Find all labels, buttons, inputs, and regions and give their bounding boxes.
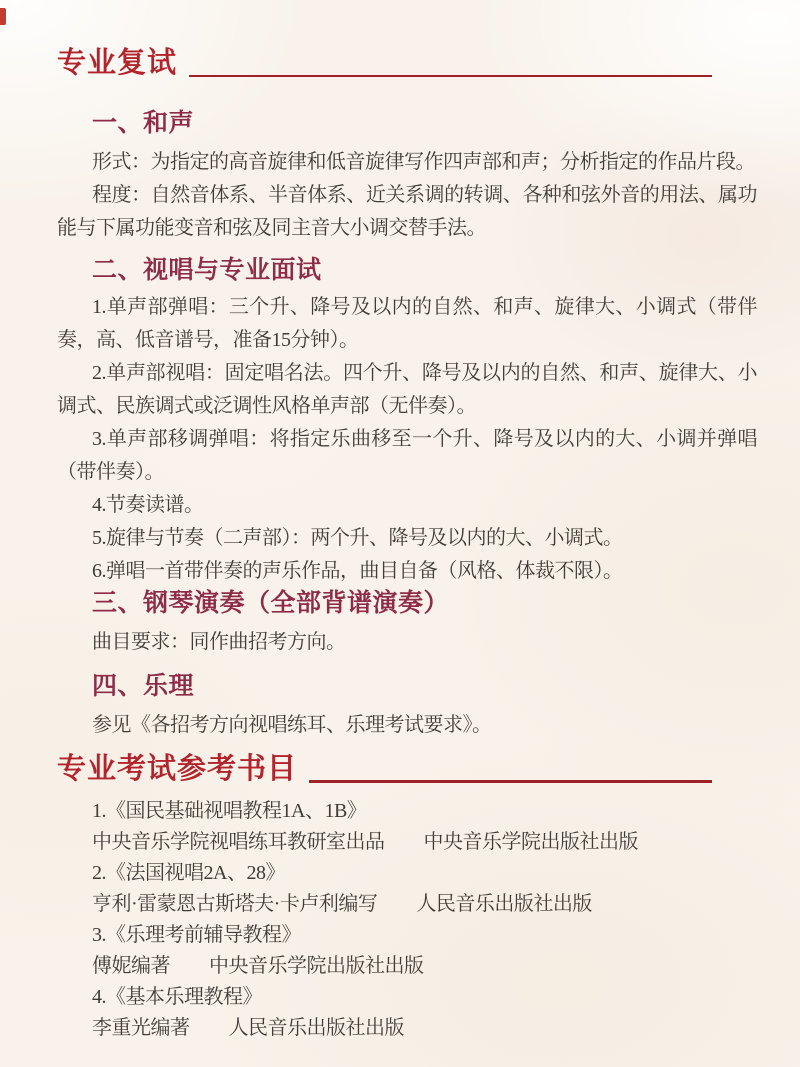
list-item-sightsinging-2: 2.单声部视唱：固定唱名法。四个升、降号及以内的自然、和声、旋律大、小调式、民族… bbox=[57, 357, 757, 423]
paragraph-theory-reference: 参见《各招考方向视唱练耳、乐理考试要求》。 bbox=[57, 709, 757, 742]
list-item-sightsinging-1: 1.单声部弹唱：三个升、降号及以内的自然、和声、旋律大、小调式（带伴奏，高、低音… bbox=[57, 291, 757, 357]
list-item-sightsinging-6: 6.弹唱一首带伴奏的声乐作品，曲目自备（风格、体裁不限）。 bbox=[57, 555, 757, 588]
paragraph-harmony-level: 程度：自然音体系、半音体系、近关系调的转调、各种和弦外音的用法、属功能与下属功能… bbox=[57, 179, 757, 245]
section-heading-piano: 三、钢琴演奏（全部背谱演奏） bbox=[92, 588, 757, 618]
book-credit: 中央音乐学院视唱练耳教研室出品 中央音乐学院出版社出版 bbox=[92, 827, 757, 858]
booklist-title-text: 专业考试参考书目 bbox=[57, 750, 297, 788]
booklist-title-underline bbox=[309, 780, 712, 783]
book-credit: 傅妮编著 中央音乐学院出版社出版 bbox=[92, 951, 757, 982]
title-underline bbox=[189, 75, 712, 77]
book-title: 3.《乐理考前辅导教程》 bbox=[92, 920, 757, 951]
book-credit: 李重光编著 人民音乐出版社出版 bbox=[92, 1013, 757, 1044]
document-content: 专业复试 一、和声 形式：为指定的高音旋律和低音旋律写作四声部和声；分析指定的作… bbox=[57, 44, 757, 1044]
page-title-booklist: 专业考试参考书目 bbox=[57, 750, 712, 788]
list-item-sightsinging-4: 4.节奏读谱。 bbox=[57, 489, 757, 522]
section-heading-sightsinging: 二、视唱与专业面试 bbox=[92, 255, 757, 285]
list-item-sightsinging-5: 5.旋律与节奏（二声部）：两个升、降号及以内的大、小调式。 bbox=[57, 522, 757, 555]
book-title: 1.《国民基础视唱教程1A、1B》 bbox=[92, 796, 757, 827]
section-heading-harmony: 一、和声 bbox=[92, 108, 757, 138]
section-heading-theory: 四、乐理 bbox=[92, 671, 757, 701]
paragraph-piano-requirement: 曲目要求：同作曲招考方向。 bbox=[57, 626, 757, 659]
book-title: 2.《法国视唱2A、28》 bbox=[92, 858, 757, 889]
reference-book-list: 1.《国民基础视唱教程1A、1B》 中央音乐学院视唱练耳教研室出品 中央音乐学院… bbox=[92, 796, 757, 1044]
page-title-text: 专业复试 bbox=[57, 44, 177, 82]
book-credit: 亨利·雷蒙恩古斯塔夫·卡卢利编写 人民音乐出版社出版 bbox=[92, 889, 757, 920]
paragraph-harmony-form: 形式：为指定的高音旋律和低音旋律写作四声部和声；分析指定的作品片段。 bbox=[57, 146, 757, 179]
page-title-retest: 专业复试 bbox=[57, 44, 712, 82]
list-item-sightsinging-3: 3.单声部移调弹唱：将指定乐曲移至一个升、降号及以内的大、小调并弹唱（带伴奏）。 bbox=[57, 423, 757, 489]
book-title: 4.《基本乐理教程》 bbox=[92, 982, 757, 1013]
edge-artifact bbox=[0, 8, 6, 25]
